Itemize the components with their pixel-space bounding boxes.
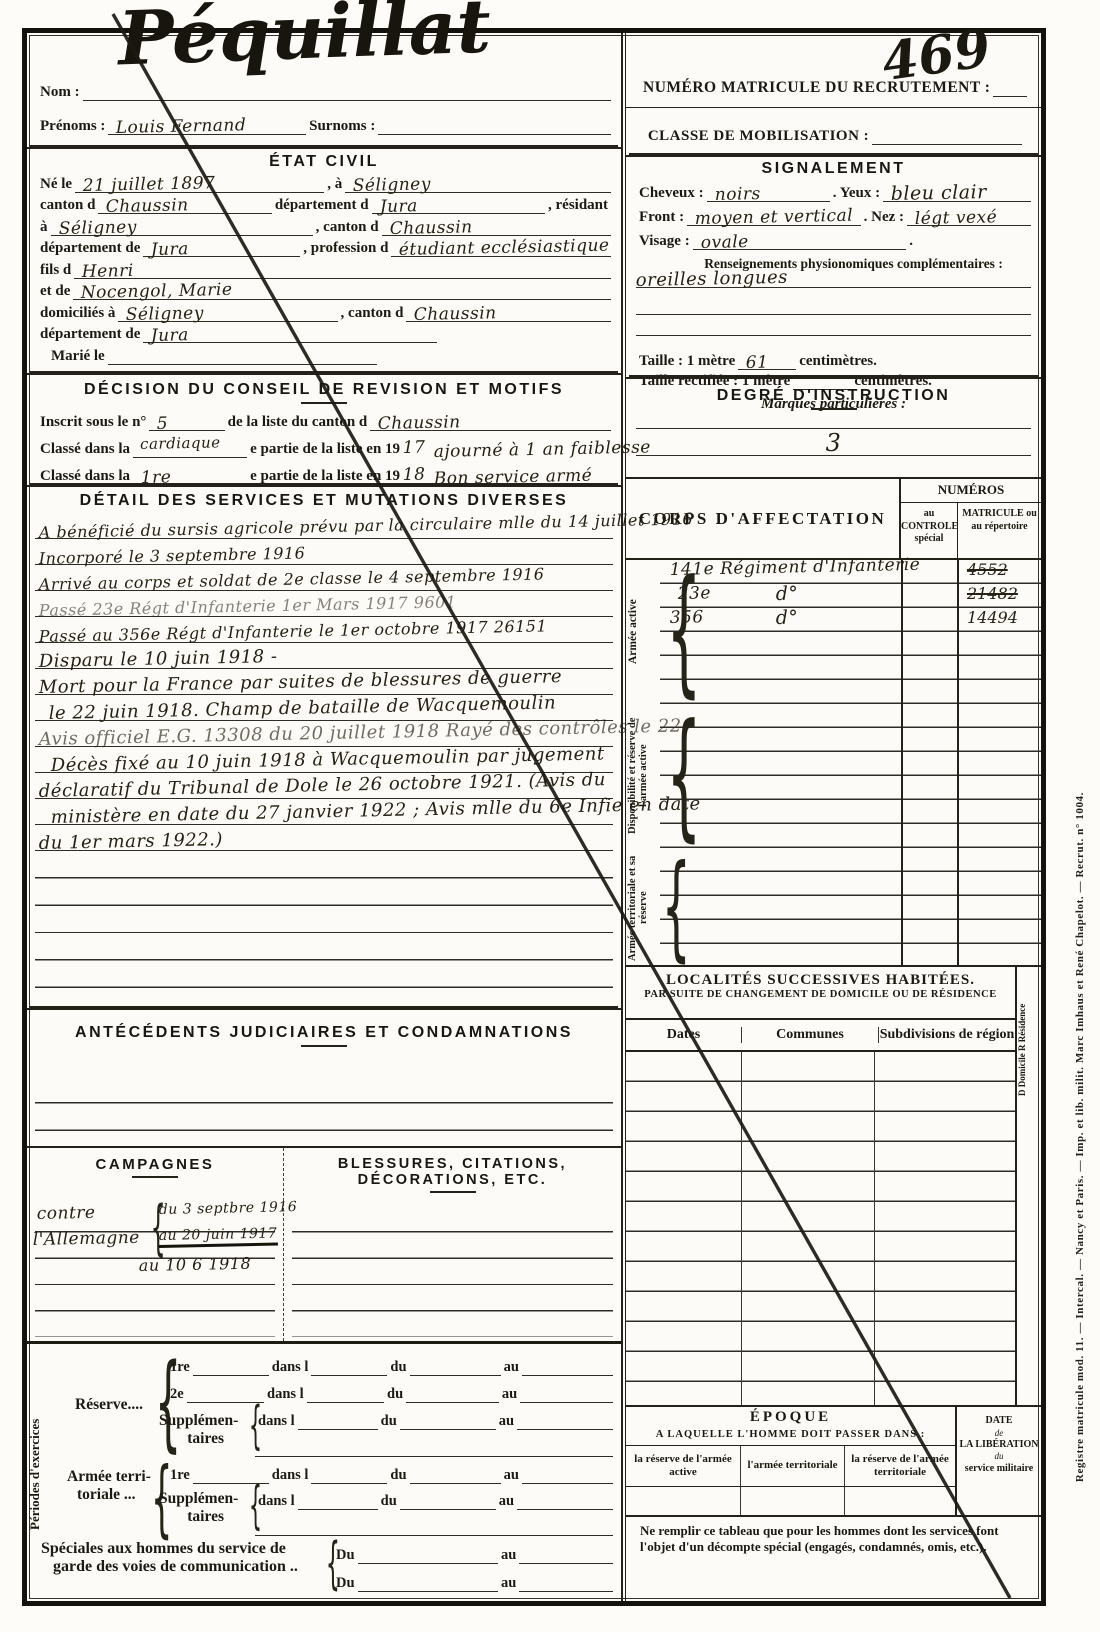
service-entry: Passé 23e Régt d'Infanterie 1er Mars 191… [35,591,613,617]
domicile-residence-column: D Domicile R Résidence [1015,967,1041,1405]
service-entry: A bénéficié du sursis agricole prévu par… [35,513,613,539]
year1-value: 17 [403,438,426,458]
dept3-label: département de [37,326,143,343]
du-label: du [387,1467,409,1484]
matricule-number: 14494 [967,608,1018,627]
numeros-label: NUMÉROS [901,479,1041,503]
partie2-label: e partie de la liste en 19 [247,468,403,485]
epoque-footnote: Ne remplir ce tableau que pour les homme… [626,1517,1041,1591]
epoque-column-headers: la réserve de l'armée active l'armée ter… [626,1446,955,1487]
campagne-date-2: au 20 juin 1917 [159,1226,278,1248]
ruled-line [636,288,1031,315]
service-line-text: ministère en date du 27 janvier 1922 ; A… [51,793,701,828]
service-entry: Arrivé au corps et soldat de 2e classe l… [35,565,613,591]
blank-field-line [298,1485,378,1510]
au-label: au [499,1386,520,1403]
section-etat-civil: ÉTAT CIVIL Né le 21 juillet 1897 , à Sél… [27,147,621,373]
du-label: du [378,1413,400,1430]
territoriale-suppl-row-2 [255,1512,613,1536]
corps-title: CORPS D'AFFECTATION [626,479,901,558]
dans-label: dans l [269,1467,312,1484]
taille-label: Taille : 1 mètre [636,353,738,370]
blank-field-line [517,1405,613,1430]
left-column: Nom : Prénoms : Louis Fernand Surnoms : … [27,33,623,1601]
degre-value: 3 [826,429,842,457]
profession-line: étudiant ecclésiastique [391,235,611,258]
canton3-line: Chaussin [406,299,611,322]
blank-field-line [307,1378,384,1403]
service-entry: Incorporé le 3 septembre 1916 [35,539,613,565]
blank-field-line [358,1567,498,1592]
service-entry: du 1er mars 1922.) [35,825,613,851]
blank-field-line [519,1539,613,1564]
col-armee-territoriale: l'armée territoriale [740,1446,844,1486]
classe2-label: Classé dans la [37,468,133,485]
fils-label: fils d [37,262,74,279]
controle-col-label: au CONTROLE spécial [901,503,958,558]
blank-field-line [255,1432,613,1457]
numeros-header: NUMÉROS au CONTROLE spécial MATRICULE ou… [901,479,1041,558]
canton2-label: , canton d [313,219,382,236]
row-ordinal: 1re [167,1467,193,1484]
du-label: du [378,1493,400,1510]
blank-field-line [406,1378,499,1403]
classe-mobilisation-label: CLASSE DE MOBILISATION : [645,128,872,145]
blank-field-line [517,1485,613,1510]
lieu-line: Séligney [345,170,611,193]
blank-field-line [255,1511,613,1536]
canton-label: canton d [37,197,98,214]
prenoms-value: Louis Fernand [116,115,247,138]
au-label: au [496,1413,517,1430]
campagnes-column: CAMPAGNES contre l'Allemagne { du 3 sept… [27,1148,284,1341]
classe-mobilisation-line [872,107,1022,145]
matricule-line [993,32,1027,97]
au-label: au [501,1467,522,1484]
degre-title: DEGRÉ D'INSTRUCTION [626,387,1041,410]
blessures-title: BLESSURES, CITATIONS, DÉCORATIONS, ETC. [284,1156,621,1193]
ne-le-label: Né le [37,176,75,193]
ditto-mark: d° [775,606,798,630]
marie-line [108,342,377,365]
service-line-text: du 1er mars 1922.) [39,829,224,854]
epoque-title: ÉPOQUE [626,1407,955,1429]
suppl-line1: Supplémen- [159,1490,238,1507]
cheveux-label: Cheveux : [636,185,707,202]
surnoms-label: Surnoms : [306,118,378,135]
liberation-date-column: DATE de LA LIBÉRATION du service militai… [955,1407,1041,1515]
residant-label: , résidant [545,197,611,214]
spec-line1: Spéciales aux hommes du service de [41,1540,286,1557]
section-signalement: SIGNALEMENT Cheveux : noirs . Yeux : ble… [626,155,1041,377]
suppl-line2: taires [173,1430,224,1447]
du-label: du [384,1386,406,1403]
epoque-empty-row [626,1487,955,1515]
reserve-suppl-row: dans l du au [255,1406,613,1430]
year2-value: 18 [403,465,426,485]
blessures-column: BLESSURES, CITATIONS, DÉCORATIONS, ETC. [284,1148,621,1341]
date-line: de [957,1428,1041,1439]
dr-line2: R Résidence [1017,1004,1027,1051]
date-line: LA LIBÉRATION [957,1439,1041,1452]
renseignements-line: oreilles longues [636,271,1031,288]
marie-label: Marié le [37,348,108,365]
section-degre-instruction: DEGRÉ D'INSTRUCTION 3 [626,377,1041,477]
service-entry: Disparu le 10 juin 1918 - [35,643,613,669]
localites-title: LOCALITÉS SUCCESSIVES HABITÉES. [626,972,1015,989]
section-localites: LOCALITÉS SUCCESSIVES HABITÉES. PAR SUIT… [626,965,1041,1405]
row-ordinal: 2e [167,1386,187,1403]
territoriale-reserve-brace: { [662,850,691,964]
scanned-military-register-page: Nom : Prénoms : Louis Fernand Surnoms : … [0,0,1100,1632]
localites-column-headers: Dates Communes Subdivisions de région [626,1020,1015,1052]
fils-line: Henri [74,256,611,279]
blank-field-line [400,1485,496,1510]
corps-table-header: CORPS D'AFFECTATION NUMÉROS au CONTROLE … [626,479,1041,560]
armee-active-brace: { [666,562,701,700]
du-label: Du [333,1547,358,1564]
speciales-row-1: Du au [333,1540,613,1564]
row-ordinal: 1re [167,1359,193,1376]
dans-label: dans l [255,1413,298,1430]
date-line: service militaire [957,1463,1041,1476]
partie1-label: e partie de la liste en 19 [247,441,403,458]
profession-label: , profession d [300,240,391,257]
ruled-line [636,315,1031,336]
etat-civil-title: ÉTAT CIVIL [27,153,621,171]
localites-body [626,1052,1015,1405]
surnoms-field-line [378,112,611,135]
mere-line: Nocengol, Marie [73,278,611,301]
dans-label: dans l [269,1359,312,1376]
blank-field-line [298,1405,378,1430]
taille-value: 61 [746,353,769,373]
service-line-text: Passé au 356e Régt d'Infanterie le 1er o… [39,616,548,646]
reserve-row-1: 1re dans l du au [167,1352,613,1376]
visage-value: ovale [700,232,748,253]
spec-line2: garde des voies de communication .. [41,1558,298,1575]
column-separator [741,1052,742,1405]
speciales-label: Spéciales aux hommes du service degarde … [41,1540,298,1577]
decision-title: DÉCISION DU CONSEIL DE REVISION ET MOTIF… [27,381,621,404]
service-entry: déclaratif du Tribunal de Dole le 26 oct… [35,773,613,799]
campagne-date-3: au 10 6 1918 [139,1254,252,1275]
col-reserve-active: la réserve de l'armée active [626,1446,740,1486]
residence-value: Séligney [58,217,136,239]
canton3-label: , canton d [338,305,407,322]
blank-field-line [193,1351,269,1376]
dept2-label: département de [37,240,143,257]
inscrit-label: Inscrit sous le n° [37,414,149,431]
du-label: Du [333,1575,358,1592]
service-entry: ministère en date du 27 janvier 1922 ; A… [35,799,613,825]
blank-ruled-area [292,1206,613,1337]
disponibilite-brace: { [666,706,701,844]
inscrit-line: 5 [149,403,224,431]
epoque-subtitle: A LAQUELLE L'HOMME DOIT PASSER DANS : [626,1429,955,1446]
taille-unit: centimètres. [796,353,880,370]
territoriale-group-label: Armée terri-toriale ... [67,1468,151,1504]
services-title: DÉTAIL DES SERVICES ET MUTATIONS DIVERSE… [27,492,621,510]
note2-area: Bon service armé [426,458,611,485]
residence-line: Séligney [51,213,313,236]
right-column: NUMÉRO MATRICULE DU RECRUTEMENT : 469 CL… [625,33,1041,1601]
blank-field-line [400,1405,496,1430]
cheveux-line: noirs [707,177,830,202]
au-label: au [498,1575,519,1592]
date-line: du [957,1451,1041,1462]
classe2-line: cardiaque1re [133,457,247,485]
surname-script-annotation: Péquillat [117,0,493,82]
col-reserve-territoriale: la réserve de l'armée territoriale [844,1446,955,1486]
campagne-allemagne: l'Allemagne [33,1228,140,1250]
column-separator [844,1487,845,1515]
section-campagnes: CAMPAGNES contre l'Allemagne { du 3 sept… [27,1146,621,1341]
residence-a-label: à [37,219,51,236]
matricule-number: 4552 [967,560,1008,579]
liste-canton-label: de la liste du canton d [225,414,371,431]
blank-field-line [193,1459,269,1484]
territoriale-reserve-label: Armée territoriale et sa réserve [627,854,653,962]
col-communes: Communes [741,1027,878,1043]
liste-canton-line: Chaussin [370,403,611,431]
printer-imprint-vertical: Registre matricule mod. 11. — Intercal. … [1074,792,1086,1482]
col-subdivisions: Subdivisions de région [878,1027,1015,1043]
service-line-text: A bénéficié du sursis agricole prévu par… [39,509,694,542]
section-corps-affectation: CORPS D'AFFECTATION NUMÉROS au CONTROLE … [626,477,1041,965]
localites-header: LOCALITÉS SUCCESSIVES HABITÉES. PAR SUIT… [626,967,1015,1020]
ditto-mark: d° [775,582,798,606]
nez-value: légt vexé [915,207,998,229]
corps-table-body: 141e Régiment d'Infanterie 23e 356 d° d°… [626,560,1041,965]
nez-line: légt vexé [907,201,1031,226]
antecedents-title: ANTÉCÉDENTS JUDICIAIRES ET CONDAMNATIONS [27,1024,621,1047]
section-antecedents: ANTÉCÉDENTS JUDICIAIRES ET CONDAMNATIONS [27,1008,621,1146]
matricule-number: 21482 [967,584,1018,603]
service-entry: Passé au 356e Régt d'Infanterie le 1er o… [35,617,613,643]
blank-field-line [522,1459,613,1484]
front-line: moyen et vertical [687,201,861,226]
column-separator [740,1487,741,1515]
matricule-column: 4552 21482 14494 [957,560,1041,965]
dans-label: dans l [255,1493,298,1510]
dr-line1: D Domicile [1017,1053,1027,1096]
renseignements-value: oreilles longues [636,267,789,291]
suppl-label-1: Supplémen-taires [159,1412,238,1448]
blank-ruled-area [35,851,613,1008]
au-label: au [501,1359,522,1376]
territoriale-suppl-row: dans l du au [255,1486,613,1510]
date-line: DATE [957,1415,1041,1428]
departement-line: Jura [372,192,545,215]
visage-label: Visage : [636,233,693,250]
service-entry: Avis officiel E.G. 13308 du 20 juillet 1… [35,721,613,747]
reserve-row-2: 2e dans l du au [167,1379,613,1403]
column-separator [874,1052,875,1405]
armee-active-label: Armée active [627,566,653,698]
domicilies-line: Séligney [118,299,337,322]
localites-subtitle: PAR SUITE DE CHANGEMENT DE DOMICILE OU D… [626,989,1015,1000]
canton-line: Chaussin [98,192,271,215]
section-numero-matricule: NUMÉRO MATRICULE DU RECRUTEMENT : 469 [626,33,1041,107]
note1-area: ajourné à 1 an faiblesse [426,431,611,458]
speciales-row-2: Du au [333,1568,613,1592]
taille-line: 61 [738,345,796,370]
blank-field-line [311,1351,387,1376]
section-services: DÉTAIL DES SERVICES ET MUTATIONS DIVERSE… [27,485,621,1008]
blank-field-line [410,1459,501,1484]
au-label: au [496,1493,517,1510]
mere-label: et de [37,283,73,300]
suppl-label-2: Supplémen-taires [159,1490,238,1526]
section-periodes-exercices: Périodes d'exercices Réserve.... { Suppl… [27,1341,621,1591]
blank-field-line [519,1567,613,1592]
corps-row-value: 141e Régiment d'Infanterie [669,553,920,582]
blank-field-line [520,1378,613,1403]
domicile-residence-label: D Domicile R Résidence [1018,975,1040,1125]
blank-field-line [358,1539,498,1564]
service-entry: Mort pour la France par suites de blessu… [35,669,613,695]
disponibilite-label: Disponibilité et réserve de l'armée acti… [627,710,653,842]
campagne-contre: contre [37,1203,96,1224]
reserve-group-label: Réserve.... [75,1396,143,1414]
blank-field-line [187,1378,264,1403]
prenoms-label: Prénoms : [37,118,108,135]
service-line-text: Passé 23e Régt d'Infanterie 1er Mars 191… [39,592,457,620]
controle-column [901,560,957,965]
form-frame: Nom : Prénoms : Louis Fernand Surnoms : … [22,28,1046,1606]
prenoms-field-line: Louis Fernand [108,112,306,135]
ruled-line [636,410,1031,429]
domicilies-label: domiciliés à [37,305,118,322]
service-entry: le 22 juin 1918. Champ de bataille de Wa… [35,695,613,721]
service-entry: Décès fixé au 10 juin 1918 à Wacquemouli… [35,747,613,773]
territoriale-row-1: 1re dans l du au [167,1460,613,1484]
suppl-line2: taires [173,1508,224,1525]
a-label: , à [324,176,345,193]
dans-label: dans l [264,1386,307,1403]
au-label: au [498,1547,519,1564]
terr-line1: Armée terri- [67,1468,151,1485]
campagnes-title: CAMPAGNES [27,1156,283,1178]
du-label: du [387,1359,409,1376]
blank-ruled-area [35,1076,613,1140]
campagne-date-1: du 3 septbre 1916 [159,1199,298,1218]
section-decision-conseil: DÉCISION DU CONSEIL DE REVISION ET MOTIF… [27,373,621,485]
front-label: Front : [636,209,687,226]
canton2-line: Chaussin [382,213,611,236]
blank-field-line [522,1351,613,1376]
service-line-text: Arrivé au corps et soldat de 2e classe l… [39,564,545,594]
visage-line: ovale [693,225,907,250]
dept2-line: Jura [143,235,300,258]
col-dates: Dates [626,1027,741,1043]
terr-line2: toriale ... [67,1486,136,1503]
section-epoque: ÉPOQUE A LAQUELLE L'HOMME DOIT PASSER DA… [626,1405,1041,1591]
ne-le-line: 21 juillet 1897 [75,170,324,193]
section-classe-mobilisation: CLASSE DE MOBILISATION : [626,107,1041,155]
signalement-title: SIGNALEMENT [626,160,1041,178]
visage-period: . [906,233,916,250]
blank-field-line [311,1459,387,1484]
nom-label: Nom : [37,84,83,101]
dept3-line: Jura [143,321,437,344]
suppl-line1: Supplémen- [159,1412,238,1429]
reserve-suppl-row-2 [255,1433,613,1457]
departement-label: département d [272,197,372,214]
yeux-line: bleu clair [883,177,1031,202]
nez-label: . Nez : [861,209,907,226]
blank-field-line [410,1351,501,1376]
nom-field-line [83,78,611,101]
matricule-col-label: MATRICULE ou au répertoire [958,503,1041,558]
yeux-label: . Yeux : [830,185,883,202]
classe1-label: Classé dans la [37,441,133,458]
